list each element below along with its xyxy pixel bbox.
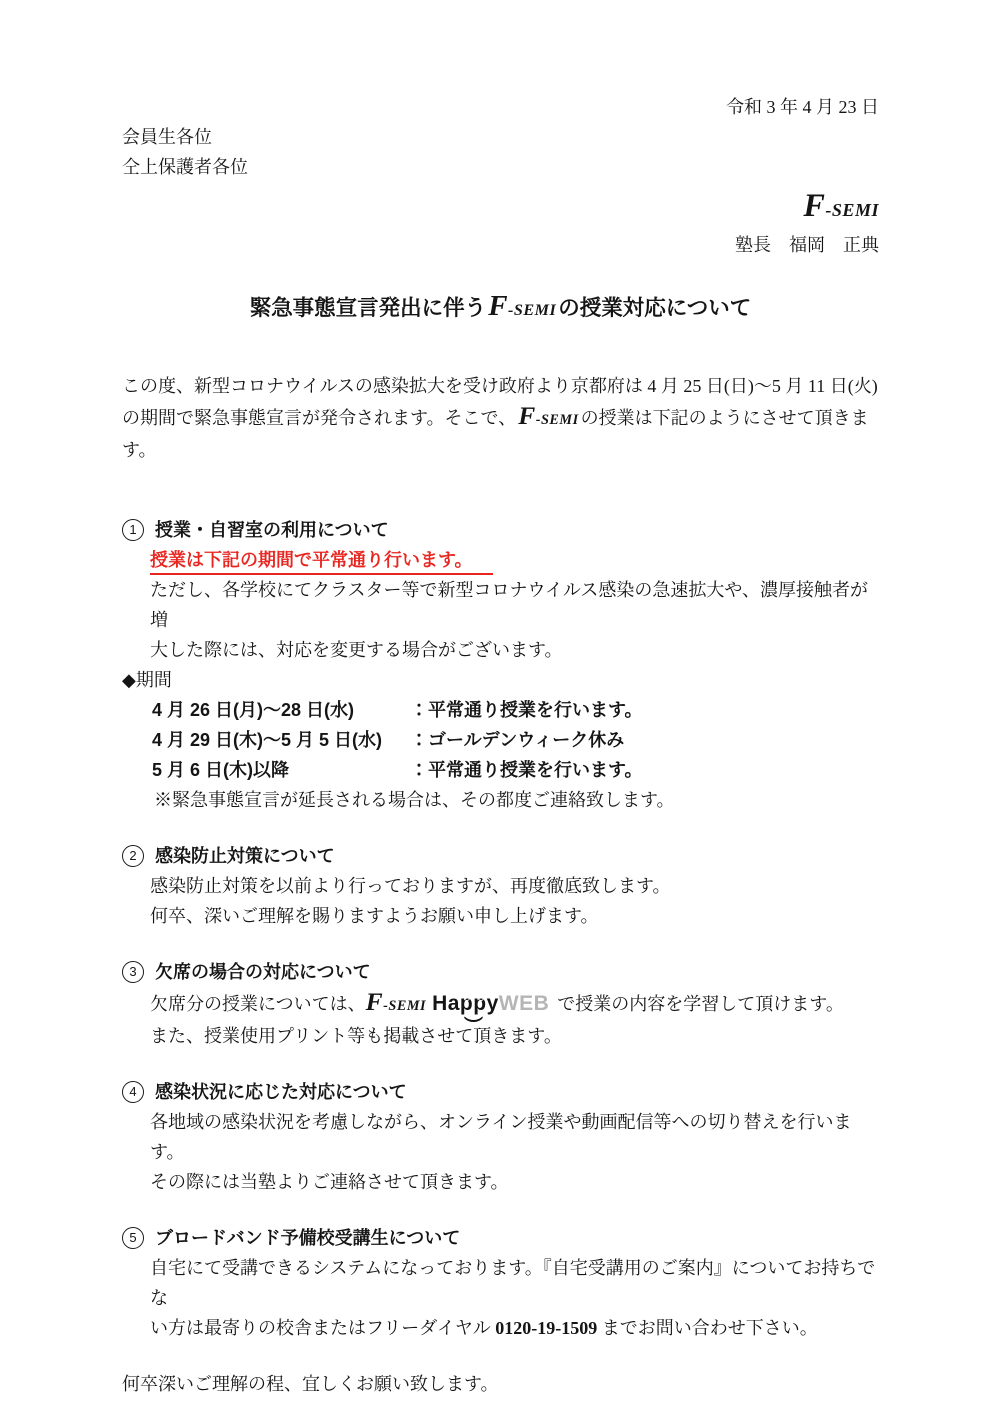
section3-body-line1: 欠席分の授業については、F-SEMIHappyWEBで授業の内容を学習して頂けま… bbox=[150, 987, 879, 1021]
section1-heading-text: 授業・自習室の利用について bbox=[155, 515, 389, 545]
section2-heading-text: 感染防止対策について bbox=[155, 841, 335, 871]
circled-number-3: 3 bbox=[122, 961, 144, 983]
section-infection-prevention: 2 感染防止対策について 感染防止対策を以前より行っておりますが、再度徹底致しま… bbox=[122, 841, 879, 931]
document-page: 令和 3 年 4 月 23 日 会員生各位 仝上保護者各位 F-SEMI 塾長 … bbox=[0, 0, 1000, 1410]
happy-p-eye-1: p bbox=[460, 989, 473, 1019]
red-underlined-notice: 授業は下記の期間で平常通り行います。 bbox=[150, 547, 493, 575]
schedule-row3-desc: ：平常通り授業を行います。 bbox=[410, 755, 643, 785]
fsemi-intro-semi: -SEMI bbox=[536, 412, 579, 428]
schedule-row2-range: 4 月 29 日(木)～5 月 5 日(水) bbox=[152, 725, 410, 755]
section2-heading: 2 感染防止対策について bbox=[122, 841, 879, 871]
fsemi-logo: F-SEMI bbox=[122, 186, 879, 230]
recipient-guardians: 仝上保護者各位 bbox=[122, 152, 879, 182]
circled-number-5: 5 bbox=[122, 1227, 144, 1249]
fsemi-intro-f: F bbox=[518, 401, 536, 430]
happy-y: y bbox=[487, 992, 499, 1015]
happy-pp-smile: pp bbox=[460, 989, 487, 1019]
section5-line2-post: までお問い合わせ下さい。 bbox=[597, 1318, 818, 1338]
closing-remark: 何卒深いご理解の程、宜しくお願い致します。 bbox=[122, 1369, 879, 1399]
title-pre: 緊急事態宣言発出に伴う bbox=[250, 296, 487, 320]
section1-heading: 1 授業・自習室の利用について bbox=[122, 515, 879, 545]
signature: 塾長 福岡 正典 bbox=[122, 230, 879, 260]
fsemi-title-f: F bbox=[488, 290, 508, 322]
fsemi-logo-f: F bbox=[803, 187, 825, 223]
happyweb-logo: HappyWEB bbox=[432, 992, 549, 1015]
section-situation-response: 4 感染状況に応じた対応について 各地域の感染状況を考慮しながら、オンライン授業… bbox=[122, 1077, 879, 1197]
schedule-row-3: 5 月 6 日(木)以降 ：平常通り授業を行います。 bbox=[152, 755, 879, 785]
section5-body: 自宅にて受講できるシステムになっております。『自宅受講用のご案内』についてお持ち… bbox=[150, 1253, 879, 1343]
section-broadband-students: 5 ブロードバンド予備校受講生について 自宅にて受講できるシステムになっておりま… bbox=[122, 1223, 879, 1343]
schedule-row1-desc: ：平常通り授業を行います。 bbox=[410, 695, 643, 725]
intro-line2-pre: の期間で緊急事態宣言が発令されます。そこで、 bbox=[122, 408, 516, 428]
section-classroom-use: 1 授業・自習室の利用について 授業は下記の期間で平常通り行います。 ただし、各… bbox=[122, 515, 879, 815]
section3-line1-post: で授業の内容を学習して頂けます。 bbox=[557, 994, 844, 1014]
schedule-row3-range: 5 月 6 日(木)以降 bbox=[152, 755, 410, 785]
section-absence-response: 3 欠席の場合の対応について 欠席分の授業については、F-SEMIHappyWE… bbox=[122, 957, 879, 1051]
section5-heading-text: ブロードバンド予備校受講生について bbox=[155, 1223, 460, 1253]
fsemi-wordmark-title: F-SEMI bbox=[488, 300, 556, 319]
section3-body-line2: また、授業使用プリント等も掲載させて頂きます。 bbox=[150, 1021, 879, 1051]
section3-body: 欠席分の授業については、F-SEMIHappyWEBで授業の内容を学習して頂けま… bbox=[150, 987, 879, 1051]
happyweb-web: WEB bbox=[499, 992, 550, 1015]
section3-line1-pre: 欠席分の授業については、 bbox=[150, 994, 366, 1014]
period-label: ◆期間 bbox=[122, 665, 879, 695]
section1-body-line1: ただし、各学校にてクラスター等で新型コロナウイルス感染の急速拡大や、濃厚接触者が… bbox=[150, 575, 879, 635]
fsemi-wordmark: F-SEMI bbox=[803, 200, 879, 221]
schedule-row-2: 4 月 29 日(木)～5 月 5 日(水) ：ゴールデンウィーク休み bbox=[152, 725, 879, 755]
recipient-members: 会員生各位 bbox=[122, 122, 879, 152]
happy-p-eye-2: p bbox=[473, 989, 486, 1019]
section5-heading: 5 ブロードバンド予備校受講生について bbox=[122, 1223, 879, 1253]
section3-heading: 3 欠席の場合の対応について bbox=[122, 957, 879, 987]
intro-line-1: この度、新型コロナウイルスの感染拡大を受け政府より京都府は 4 月 25 日(日… bbox=[122, 371, 879, 401]
fsemi-hw-f: F bbox=[366, 987, 384, 1016]
intro-paragraph: この度、新型コロナウイルスの感染拡大を受け政府より京都府は 4 月 25 日(日… bbox=[122, 371, 879, 465]
section5-line2-pre: い方は最寄りの校舎またはフリーダイヤル bbox=[150, 1318, 495, 1338]
section1-body: 授業は下記の期間で平常通り行います。 ただし、各学校にてクラスター等で新型コロナ… bbox=[150, 545, 879, 665]
section2-body: 感染防止対策を以前より行っておりますが、再度徹底致します。 何卒、深いご理解を賜… bbox=[150, 871, 879, 931]
schedule-row2-desc: ：ゴールデンウィーク休み bbox=[410, 725, 624, 755]
fsemi-logo-semi: -SEMI bbox=[825, 200, 879, 220]
section3-heading-text: 欠席の場合の対応について bbox=[155, 957, 371, 987]
document-date: 令和 3 年 4 月 23 日 bbox=[122, 92, 879, 122]
circled-number-1: 1 bbox=[122, 519, 144, 541]
fsemi-title-semi: -SEMI bbox=[508, 302, 556, 319]
circled-number-4: 4 bbox=[122, 1081, 144, 1103]
intro-line-2: の期間で緊急事態宣言が発令されます。そこで、F-SEMIの授業は下記のようにさせ… bbox=[122, 401, 879, 465]
phone-number: 0120-19-1509 bbox=[495, 1318, 597, 1338]
schedule-row1-range: 4 月 26 日(月)～28 日(水) bbox=[152, 695, 410, 725]
section2-body-line1: 感染防止対策を以前より行っておりますが、再度徹底致します。 bbox=[150, 871, 879, 901]
happy-ha: Ha bbox=[432, 992, 460, 1015]
fsemi-wordmark-happyweb: F-SEMI bbox=[366, 998, 426, 1014]
section5-body-line2: い方は最寄りの校舎またはフリーダイヤル 0120-19-1509 までお問い合わ… bbox=[150, 1313, 879, 1343]
fsemi-wordmark-intro: F-SEMI bbox=[518, 412, 578, 428]
section4-heading-text: 感染状況に応じた対応について bbox=[155, 1077, 407, 1107]
section1-highlight-line: 授業は下記の期間で平常通り行います。 bbox=[150, 545, 879, 575]
circled-number-2: 2 bbox=[122, 845, 144, 867]
extension-note: ※緊急事態宣言が延長される場合は、その都度ご連絡致します。 bbox=[154, 785, 879, 815]
section4-body-line2: その際には当塾よりご連絡させて頂きます。 bbox=[150, 1167, 879, 1197]
section4-body: 各地域の感染状況を考慮しながら、オンライン授業や動画配信等への切り替えを行います… bbox=[150, 1107, 879, 1197]
section1-body-line2: 大した際には、対応を変更する場合がございます。 bbox=[150, 635, 879, 665]
fsemi-hw-semi: -SEMI bbox=[383, 998, 426, 1014]
page-title: 緊急事態宣言発出に伴うF-SEMIの授業対応について bbox=[122, 290, 879, 327]
title-post: の授業対応について bbox=[558, 296, 751, 320]
schedule-row-1: 4 月 26 日(月)～28 日(水) ：平常通り授業を行います。 bbox=[152, 695, 879, 725]
section5-body-line1: 自宅にて受講できるシステムになっております。『自宅受講用のご案内』についてお持ち… bbox=[150, 1253, 879, 1313]
section2-body-line2: 何卒、深いご理解を賜りますようお願い申し上げます。 bbox=[150, 901, 879, 931]
section4-heading: 4 感染状況に応じた対応について bbox=[122, 1077, 879, 1107]
section4-body-line1: 各地域の感染状況を考慮しながら、オンライン授業や動画配信等への切り替えを行います… bbox=[150, 1107, 879, 1167]
